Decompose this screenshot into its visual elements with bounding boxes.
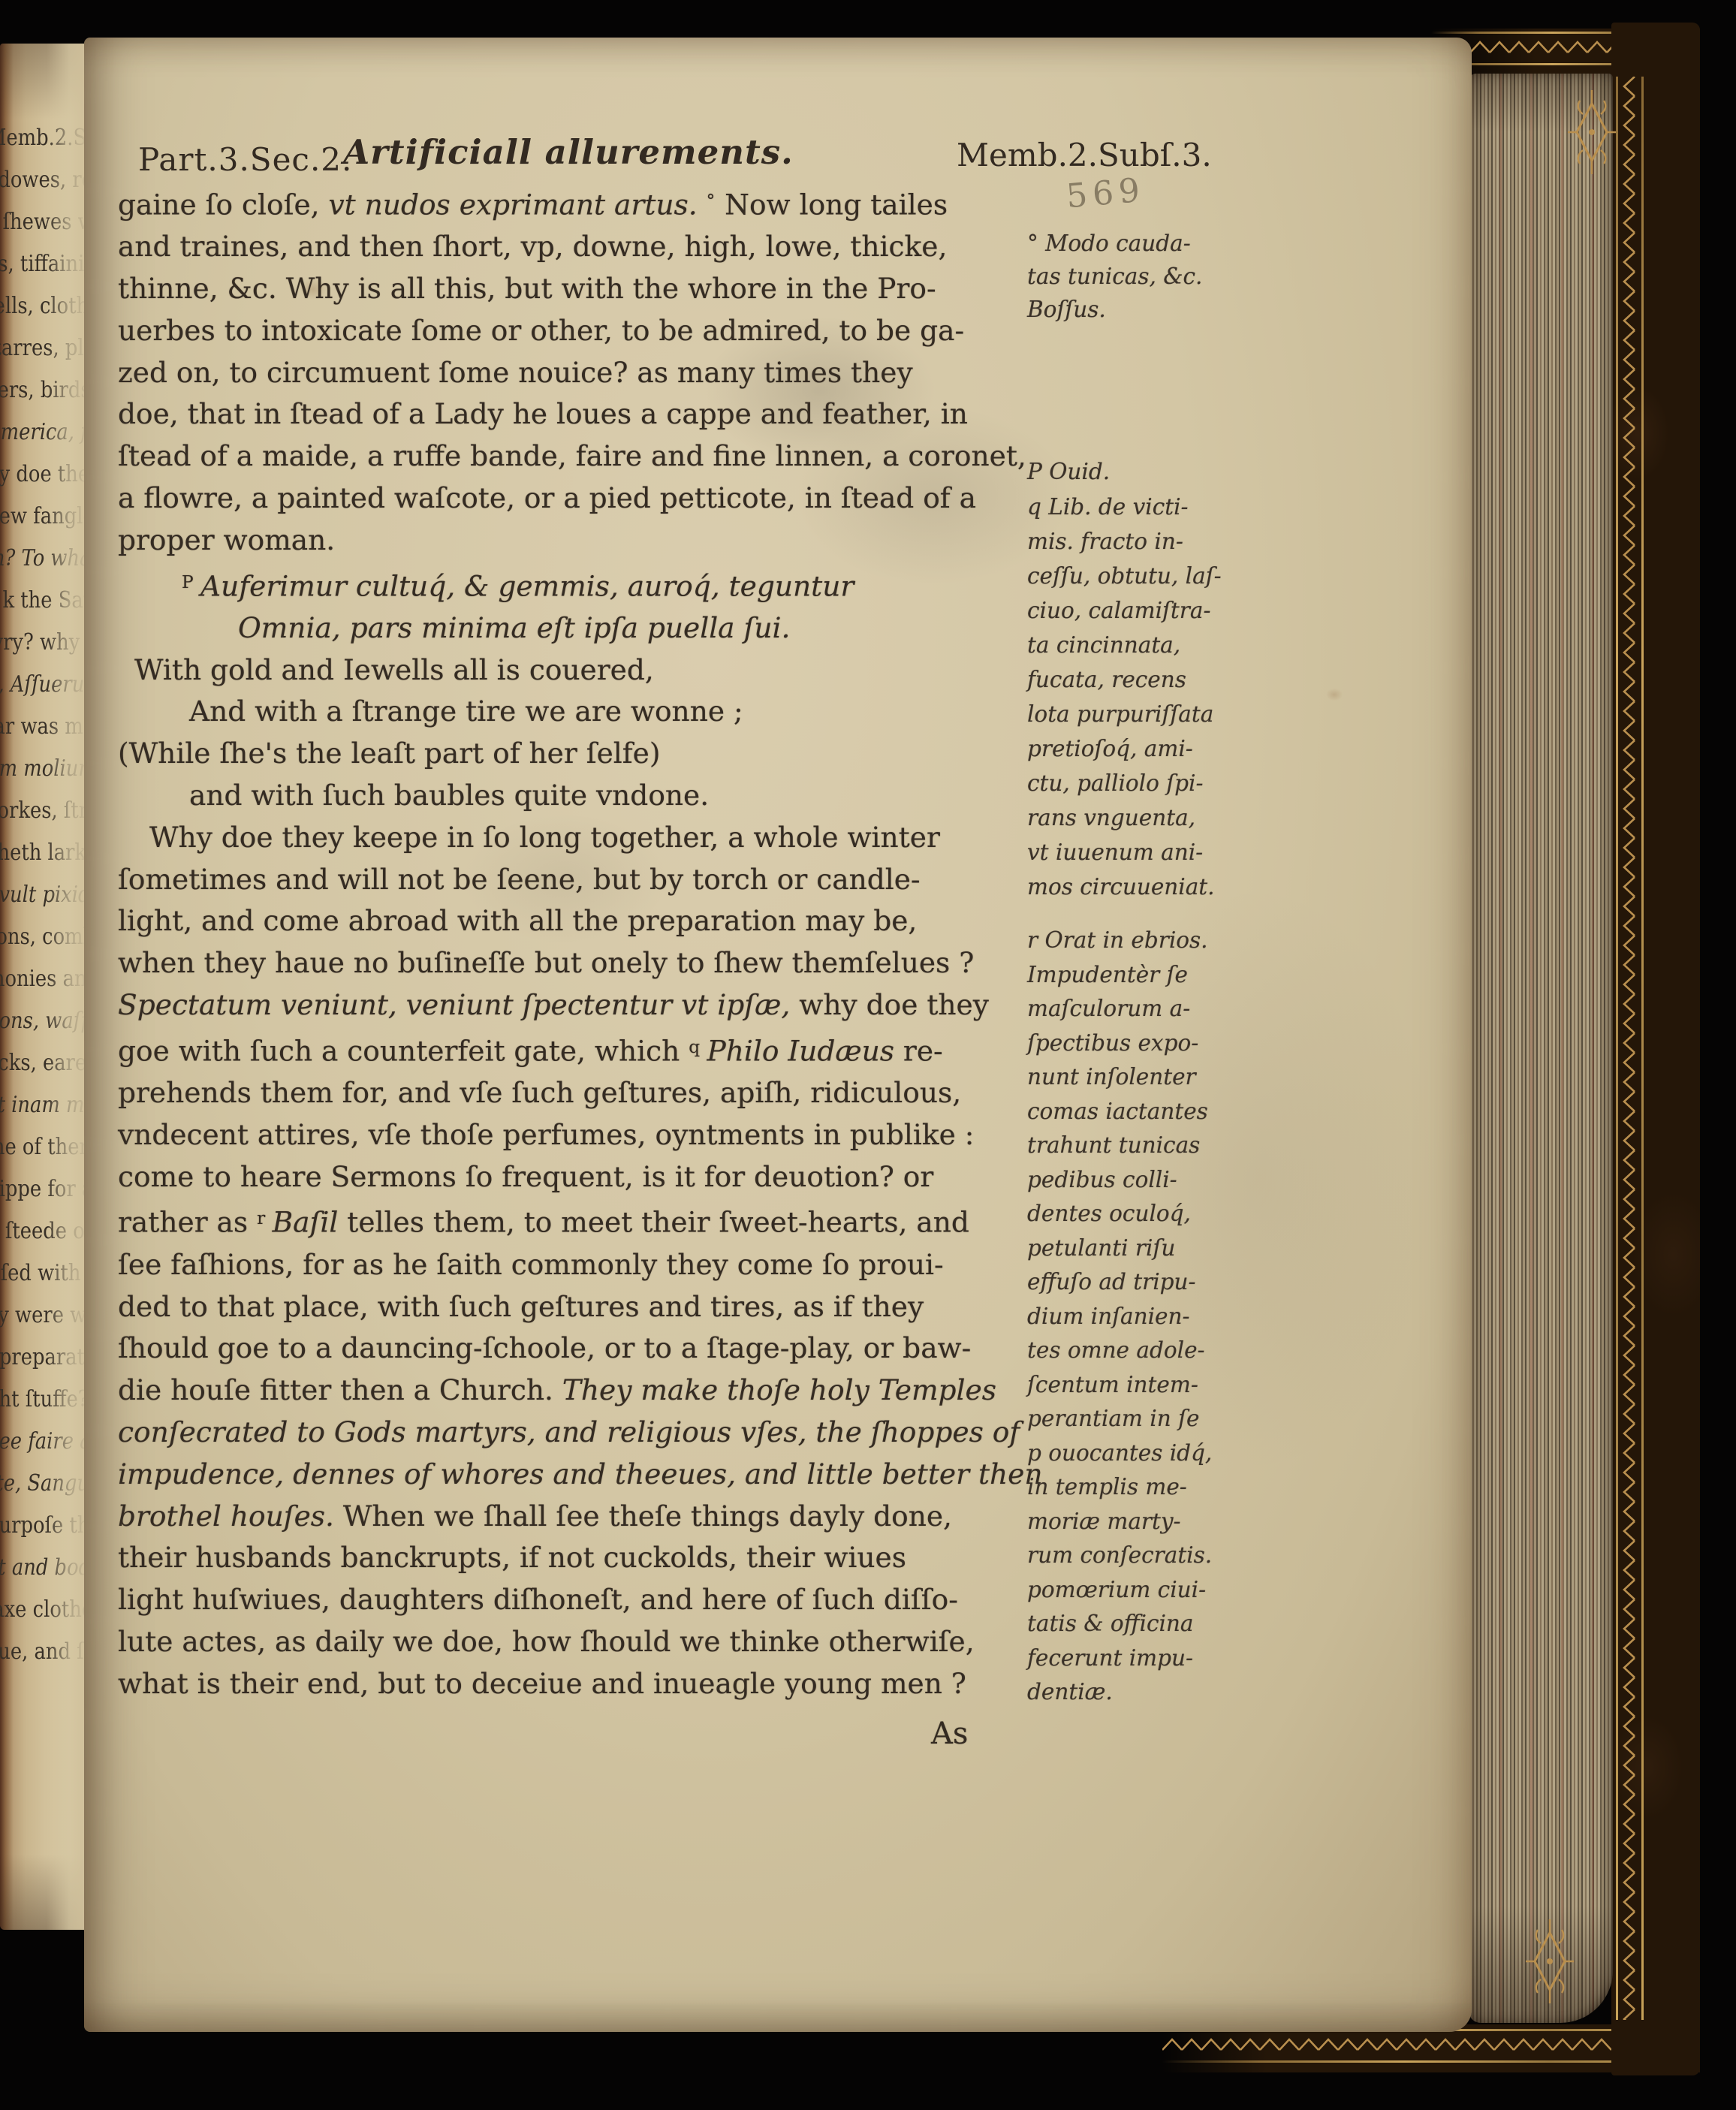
page-number: 569 <box>1065 171 1147 216</box>
margin-note-line: comas iactantes <box>1027 1095 1252 1129</box>
margin-note-line: mis. fracto in- <box>1027 524 1252 559</box>
facing-page-line: corkes, ſtreigh <box>0 790 85 832</box>
facing-page-line: ſar was marſh <box>0 706 85 748</box>
margin-note-line: ta cincinnata, <box>1027 628 1252 662</box>
facing-page-line: rons, combes, <box>0 916 85 958</box>
running-header-title: Artificiall allurements. <box>118 132 1019 172</box>
text-line: prehends them for, and vſe ſuch geſtures… <box>118 1072 1030 1114</box>
margin-note-line: Impudentèr ſe <box>1027 958 1252 993</box>
facing-page-line: es, tiffainies <box>0 243 85 285</box>
facing-page-line: cheth larkes, to <box>0 832 85 874</box>
text-line: ſtead of a maide, a ruffe bande, faire a… <box>118 436 1030 478</box>
margin-note-line: in templis me- <box>1027 1470 1252 1505</box>
margin-note: ° Modo cauda-tas tunicas, &c.Boſſus. <box>1027 227 1252 326</box>
margin-note-line: ctu, palliolo ſpi- <box>1027 766 1252 800</box>
facing-page-line: ey were well <box>0 1295 85 1337</box>
text-line: light, and come abroad with all the prep… <box>118 900 1030 942</box>
margin-note-line: vt iuuenum ani- <box>1027 835 1252 870</box>
facing-page-line: eue, and ſome <box>0 1631 85 1673</box>
facing-page-line: m? To what <box>0 538 85 580</box>
facing-page-line: purpoſe they <box>0 1505 85 1547</box>
book-page: Part.3.Sec.2. Artificiall allurements. M… <box>84 38 1472 2032</box>
facing-page-line: i vult pixidum <box>0 874 85 916</box>
margin-note-line: mos circuueniat. <box>1027 870 1252 904</box>
text-line: uerbes to intoxicate ſome or other, to b… <box>118 310 1030 352</box>
facing-page-line: hippe for a <box>0 1168 85 1210</box>
facing-page-line: um moliuntur, <box>0 748 85 790</box>
facing-page-line: fells, cloth of g <box>0 285 85 327</box>
facing-page-line: vt inam m <box>0 1084 85 1126</box>
facing-page-line: et and bodies, <box>0 1547 85 1589</box>
facing-page-line: Memb.2.S <box>0 117 85 159</box>
text-line: rather as r Baſil telles them, to meet t… <box>118 1198 1030 1243</box>
margin-note-line: ſpectibus expo- <box>1027 1026 1252 1061</box>
margin-note-line: dentiæ. <box>1027 1675 1252 1710</box>
text-line: With gold and Iewells all is couered, <box>118 650 1030 692</box>
text-line: conſecrated to Gods martyrs, and religio… <box>118 1412 1030 1454</box>
margin-note-line: ſcentum intem- <box>1027 1368 1252 1403</box>
facing-page-line: gons, waſpes, <box>0 1000 85 1042</box>
facing-page-line: s ſhewes with <box>0 201 85 243</box>
facing-page-line: America, ſea <box>0 411 85 454</box>
text-line: zed on, to circumuent ſome nouice? as ma… <box>118 352 1030 394</box>
text-line: thinne, &c. Why is all this, but with th… <box>118 268 1030 310</box>
margin-note-line: tatis & officina <box>1027 1607 1252 1641</box>
text-line: goe with ſuch a counterfeit gate, which … <box>118 1026 1030 1072</box>
margin-note-line: perantiam in ſe <box>1027 1402 1252 1436</box>
margin-note-line: q Lib. de victi- <box>1027 490 1252 524</box>
text-line: vndecent attires, vſe thoſe perfumes, oy… <box>118 1114 1030 1156</box>
text-line: lute actes, as daily we doe, how ſhould … <box>118 1621 1030 1663</box>
margin-note-line: ciuo, calamiſtra- <box>1027 593 1252 628</box>
text-line: And with a ſtrange tire we are wonne ; <box>118 691 1030 733</box>
text-line: P Auferimur cultuq́, & gemmis, auroq́, t… <box>118 562 1030 607</box>
facing-page-sliver: Memb.2.Sadowes, rebs ſhewes withes, tiff… <box>0 44 85 1930</box>
margin-note: P Ouid. <box>1027 455 1252 488</box>
page-block-fore-edge <box>1469 74 1613 2023</box>
facing-page-line: ecks, eares, <box>0 1042 85 1084</box>
text-line: what is their end, but to deceiue and in… <box>118 1663 1030 1705</box>
margin-note-line: dentes oculoq́, <box>1027 1197 1252 1231</box>
margin-note-line: pretioſoq́, ami- <box>1027 731 1252 766</box>
facing-page-line: a, Aſſuerus co <box>0 664 85 706</box>
facing-page-line: vers, birds, bea <box>0 369 85 411</box>
text-line: their husbands banckrupts, if not cuckol… <box>118 1537 1030 1579</box>
margin-note: r Orat in ebrios.Impudentèr ſemaſculorum… <box>1027 924 1252 1710</box>
text-line: ſometimes and will not be ſeene, but by … <box>118 859 1030 901</box>
margin-note-line: p ouocantes idq́, <box>1027 1436 1252 1471</box>
facing-page-line: ; preparation, <box>0 1337 85 1379</box>
margin-note-line: nunt inſolenter <box>1027 1060 1252 1095</box>
text-line: ſhould goe to a dauncing-ſchoole, or to … <box>118 1328 1030 1370</box>
margin-note-line: rans vnguenta, <box>1027 800 1252 835</box>
margin-note-line: fecerunt impu- <box>1027 1641 1252 1676</box>
text-line: and with ſuch baubles quite vndone. <box>118 775 1030 817</box>
text-line: ſee faſhions, for as he ſaith commonly t… <box>118 1244 1030 1286</box>
margin-note-line: lota purpuriſſata <box>1027 697 1252 731</box>
gold-fillet-line <box>1616 77 1618 2020</box>
facing-page-line: hy doe they <box>0 454 85 496</box>
margin-note-line: ° Modo cauda- <box>1027 227 1252 260</box>
margin-note-line: r Orat in ebrios. <box>1027 924 1252 958</box>
text-line: Why doe they keepe in ſo long together, … <box>118 817 1030 859</box>
gilt-corner-ornament-icon <box>1565 84 1619 180</box>
text-line: Omnia, pars minima eſt ipſa puella ſui. <box>118 607 1030 650</box>
margin-note-line: petulanti riſu <box>1027 1231 1252 1266</box>
facing-page-line: bee faire and f <box>0 1421 85 1463</box>
catchword: As <box>931 1717 968 1751</box>
margin-note-line: dium inſanien- <box>1027 1300 1252 1334</box>
facing-page-line: adowes, reb <box>0 159 85 201</box>
margin-note-line: trahunt tunicas <box>1027 1129 1252 1163</box>
margin-note: q Lib. de victi-mis. fracto in-ceſſu, ob… <box>1027 490 1252 904</box>
facing-page-line: laxe clothes, <box>0 1589 85 1631</box>
gilt-corner-ornament-icon <box>1523 1913 1577 2009</box>
margin-note-line: ceſſu, obtutu, laſ- <box>1027 559 1252 593</box>
main-text-column: gaine ſo cloſe, vt nudos exprimant artus… <box>118 180 1030 1705</box>
margin-note-line: moriæ marty- <box>1027 1505 1252 1539</box>
text-line: light huſwiues, daughters diſhoneſt, and… <box>118 1579 1030 1621</box>
margin-note-line: pomœrium ciui- <box>1027 1573 1252 1608</box>
gold-fillet-line <box>1641 77 1644 2020</box>
text-line: brothel houſes. When we ſhall ſee theſe … <box>118 1496 1030 1538</box>
margin-note-line: maſculorum a- <box>1027 992 1252 1026</box>
margin-note-line: effuſo ad tripu- <box>1027 1265 1252 1300</box>
margin-note-line: tes omne adole- <box>1027 1334 1252 1368</box>
text-line: (While ſhe's the leaſt part of her ſelfe… <box>118 733 1030 775</box>
text-line: ded to that place, with ſuch geſtures an… <box>118 1286 1030 1328</box>
text-line: impudence, dennes of whores and theeues,… <box>118 1454 1030 1496</box>
facing-page-line: s k the Satyriſt <box>0 580 85 622</box>
margin-note-line: pedibus colli- <box>1027 1163 1252 1198</box>
margin-note-line: P Ouid. <box>1027 455 1252 488</box>
text-line: and traines, and then ſhort, vp, downe, … <box>118 226 1030 268</box>
facing-page-line: ſtarres, planets <box>0 327 85 369</box>
text-line: a flowre, a painted waſcote, or a pied p… <box>118 478 1030 520</box>
facing-page-line: me of them <box>0 1126 85 1168</box>
text-line: die houſe fitter then a Church. They mak… <box>118 1370 1030 1412</box>
facing-page-line: new fangled <box>0 496 85 538</box>
running-header-member: Memb.2.Subſ.3. <box>957 137 1212 173</box>
facing-page-line: ght ſtuffe? bu <box>0 1379 85 1421</box>
text-line: proper woman. <box>118 520 1030 562</box>
text-line: come to heare Sermons ſo frequent, is it… <box>118 1156 1030 1198</box>
facing-page-line: monies and <box>0 958 85 1000</box>
facing-page-line: n ſteede of <box>0 1210 85 1252</box>
margin-note-line: rum conſecratis. <box>1027 1539 1252 1573</box>
leather-cover <box>1611 23 1700 2075</box>
facing-page-line: wry? why are <box>0 622 85 664</box>
text-line: gaine ſo cloſe, vt nudos exprimant artus… <box>118 180 1030 226</box>
facing-page-line: tiſed with a <box>0 1252 85 1295</box>
book-photo-stage: Memb.2.Sadowes, rebs ſhewes withes, tiff… <box>0 0 1736 2110</box>
gold-zigzag-border-icon <box>1619 77 1640 2020</box>
margin-note-line: fucata, recens <box>1027 662 1252 697</box>
margin-note-line: Boſſus. <box>1027 293 1252 326</box>
text-line: when they haue no buſineſſe but onely to… <box>118 942 1030 984</box>
facing-page-line: rte, Sanguine q <box>0 1463 85 1505</box>
facing-page-text: Memb.2.Sadowes, rebs ſhewes withes, tiff… <box>0 117 85 1673</box>
text-line: Spectatum veniunt, veniunt ſpectentur vt… <box>118 984 1030 1026</box>
margin-note-line: tas tunicas, &c. <box>1027 260 1252 293</box>
text-line: doe, that in ſtead of a Lady he loues a … <box>118 393 1030 436</box>
